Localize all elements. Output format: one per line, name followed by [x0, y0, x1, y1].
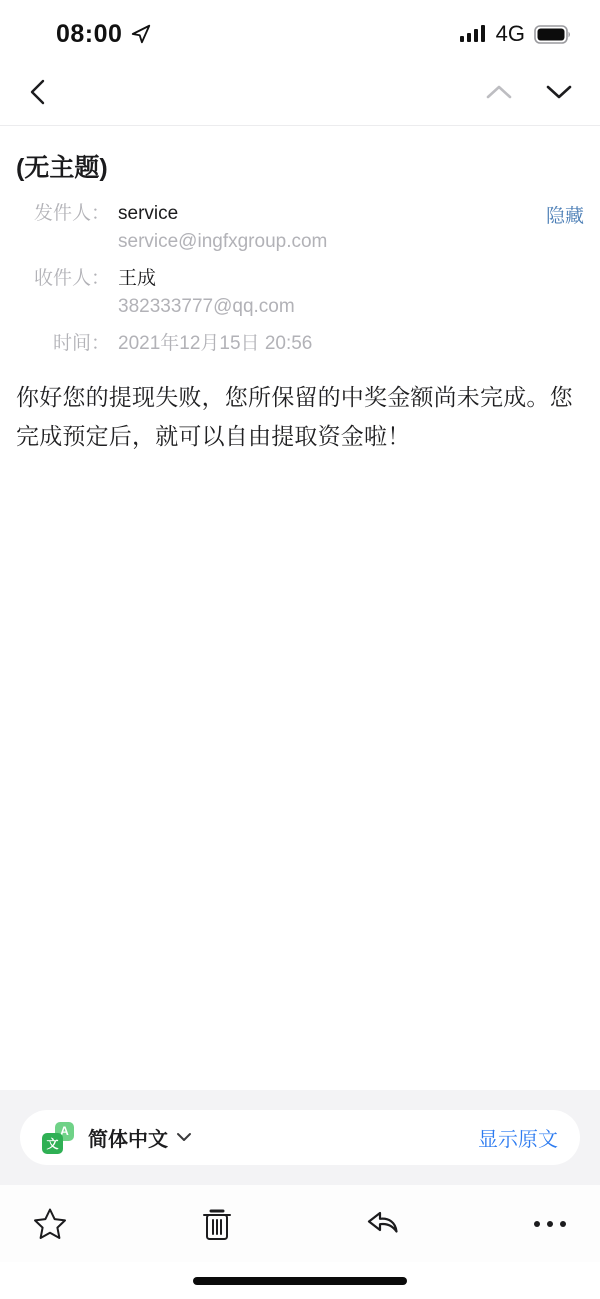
- translate-strip: A 文 简体中文 显示原文: [0, 1090, 600, 1185]
- from-address[interactable]: service@ingfxgroup.com: [118, 228, 584, 256]
- from-address-row: service@ingfxgroup.com: [16, 228, 584, 256]
- back-button[interactable]: [26, 77, 52, 107]
- meta-gap: [16, 321, 584, 330]
- translate-icon: A 文: [42, 1122, 74, 1154]
- status-left: 08:00: [56, 20, 152, 49]
- nav-mail-pager: [484, 83, 574, 101]
- translate-bar[interactable]: A 文 简体中文 显示原文: [20, 1110, 580, 1165]
- chevron-down-small-icon: [176, 1132, 192, 1143]
- reply-button[interactable]: [363, 1209, 403, 1239]
- translate-language-label[interactable]: 简体中文: [88, 1123, 168, 1152]
- to-name[interactable]: 王成: [118, 265, 584, 293]
- star-button[interactable]: [30, 1207, 70, 1241]
- to-row: 收件人： 王成: [16, 265, 584, 293]
- translate-icon-hanzi: 文: [42, 1133, 63, 1154]
- ellipsis-icon: [534, 1221, 566, 1227]
- more-button[interactable]: [530, 1221, 570, 1227]
- to-label: 收件人：: [16, 265, 110, 293]
- nav-bar: [0, 58, 600, 126]
- from-row: 发件人： service: [16, 200, 584, 228]
- to-address-row: 382333777@qq.com: [16, 293, 584, 321]
- home-indicator[interactable]: [193, 1277, 407, 1285]
- from-name[interactable]: service: [118, 200, 584, 228]
- meta-gap: [16, 256, 584, 265]
- home-indicator-area: [0, 1262, 600, 1299]
- network-type-label: 4G: [496, 21, 525, 47]
- time-row: 时间： 2021年12月15日 20:56: [16, 330, 584, 358]
- hide-details-link[interactable]: 隐藏: [546, 201, 584, 228]
- reply-arrow-icon: [365, 1209, 401, 1239]
- battery-icon: [534, 25, 572, 44]
- status-right: 4G: [460, 21, 572, 47]
- star-icon: [32, 1207, 68, 1241]
- chevron-left-icon: [26, 77, 52, 107]
- to-address[interactable]: 382333777@qq.com: [118, 293, 584, 321]
- status-bar: 08:00 4G: [0, 0, 600, 58]
- mail-body-text: 你好您的提现失败，您所保留的中奖金额尚未完成。您完成预定后，就可以自由提取资金啦…: [0, 370, 600, 456]
- from-address-spacer: [16, 228, 110, 256]
- time-label: 时间：: [16, 330, 110, 358]
- next-mail-button[interactable]: [544, 83, 574, 101]
- content-spacer: [0, 456, 600, 1090]
- clock-time: 08:00: [56, 20, 122, 49]
- delete-button[interactable]: [197, 1207, 237, 1241]
- chevron-up-icon: [484, 83, 514, 101]
- trash-icon: [202, 1207, 232, 1241]
- previous-mail-button[interactable]: [484, 83, 514, 101]
- time-value: 2021年12月15日 20:56: [118, 330, 584, 358]
- from-label: 发件人：: [16, 200, 110, 228]
- mail-meta: 隐藏 发件人： service service@ingfxgroup.com 收…: [0, 192, 600, 370]
- mail-subject: (无主题): [0, 126, 600, 192]
- chevron-down-icon: [544, 83, 574, 101]
- to-address-spacer: [16, 293, 110, 321]
- location-arrow-icon: [130, 23, 152, 45]
- email-app-screen: 08:00 4G: [0, 0, 600, 1299]
- bottom-toolbar: [0, 1185, 600, 1262]
- signal-bars-icon: [460, 25, 487, 43]
- show-original-button[interactable]: 显示原文: [478, 1123, 558, 1152]
